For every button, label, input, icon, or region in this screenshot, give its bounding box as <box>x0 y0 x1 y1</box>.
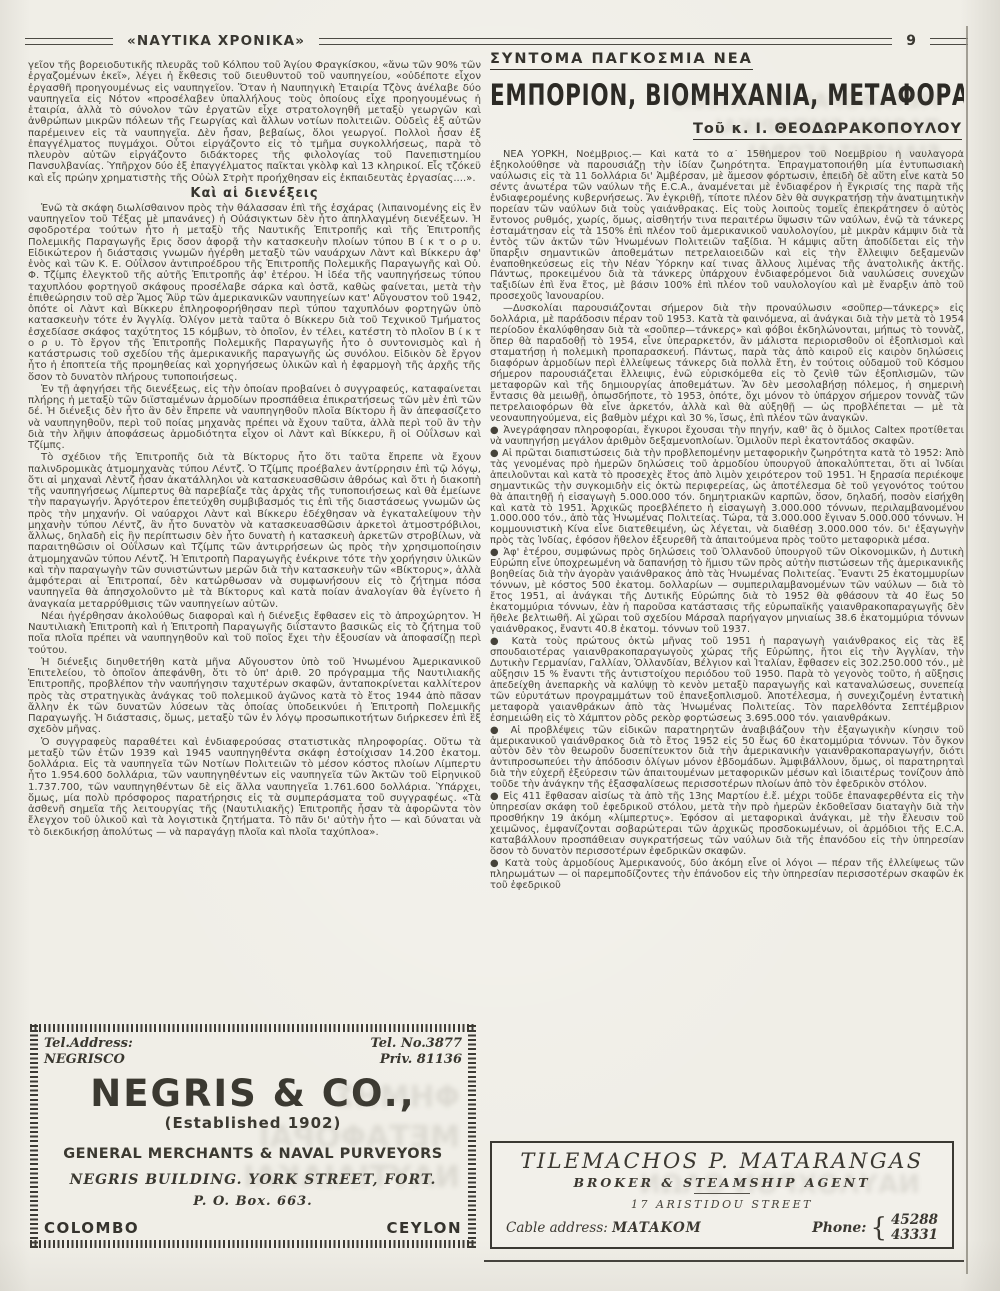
phone-numbers: 45288 43331 <box>891 1213 938 1243</box>
article-byline: Τοῦ κ. Ι. ΘΕΟΔΩΡΑΚΟΠΟΥΛΟΥ <box>693 121 962 140</box>
section-subheading: Καὶ αἱ διενέξεις <box>28 186 481 201</box>
body-paragraph: Ὁ συγγραφεὺς παραθέτει καὶ ἐνδιαφερούσας… <box>28 737 481 838</box>
body-paragraph: γεῖον τῆς βορειοδυτικῆς πλευρᾶς τοῦ Κόλπ… <box>28 60 481 184</box>
page-number: 9 <box>900 33 922 49</box>
body-paragraph: Νέαι ἠγέρθησαν ἀκολούθως διαφοραὶ καὶ ἡ … <box>28 611 481 656</box>
body-paragraph: Τὸ σχέδιον τῆς Ἐπιτροπῆς διὰ τὰ Βίκτορυς… <box>28 452 481 610</box>
matarangas-divider <box>694 1193 750 1194</box>
page-header: «ΝΑΥΤΙΚΑ ΧΡΟΝΙΚΑ» 9 <box>25 33 968 49</box>
negris-company-name: NEGRIS & CO., <box>44 1076 462 1112</box>
right-column: ΣΥΝΤΟΜΑ ΠΑΓΚΟΣΜΙΑ ΝΕΑ ΕΜΠΟΡΙΟΝ, ΒΙΟΜΗΧΑΝ… <box>490 48 964 1136</box>
body-paragraph: Ἡ διένεξις διηυθετήθη κατὰ μῆνα Αὔγουστο… <box>28 657 481 736</box>
left-column: γεῖον τῆς βορειοδυτικῆς πλευρᾶς τοῦ Κόλπ… <box>28 60 481 1018</box>
header-rule-left <box>25 38 113 45</box>
cable-label: Cable address: <box>506 1220 608 1236</box>
phone-brace-glyph: { <box>870 1215 887 1241</box>
negris-tagline: GENERAL MERCHANTS & NAVAL PURVEYORS <box>44 1146 462 1162</box>
body-paragraph: ΝΕΑ ΥΟΡΚΗ, Νοέμβριος.— Καὶ κατὰ τὸ α΄ 15… <box>490 150 964 303</box>
article-body: ΝΕΑ ΥΟΡΚΗ, Νοέμβριος.— Καὶ κατὰ τὸ α΄ 15… <box>490 150 964 893</box>
right-column-bottom-rule <box>484 1260 964 1262</box>
body-paragraph: ● Κατὰ τοὺς πρώτους ὀκτὼ μῆνας τοῦ 1951 … <box>490 637 964 725</box>
page-edge-scan-line <box>966 26 968 1274</box>
negris-city: COLOMBO <box>44 1219 139 1237</box>
tel-private-number: Priv. 81136 <box>371 1052 462 1068</box>
cable-value: MATAKOM <box>612 1220 702 1236</box>
tel-address-value: NEGRISCO <box>44 1052 133 1068</box>
body-paragraph: ● Αἱ πρῶται διαπιστώσεις διὰ τὴν προβλεπ… <box>490 449 964 548</box>
negris-tel-address: Tel.Address: NEGRISCO <box>44 1036 133 1068</box>
matarangas-name: TILEMACHOS P. MATARANGAS <box>492 1149 952 1173</box>
matarangas-cable: Cable address: MATAKOM <box>506 1220 702 1236</box>
header-rule-right <box>930 38 968 45</box>
body-paragraph: ● Εἰς 411 ἔφθασαν αἰσίως τὰ ἀπὸ τῆς 13ης… <box>490 792 964 858</box>
matarangas-role: BROKER & STEAMSHIP AGENT <box>492 1175 952 1190</box>
body-paragraph: ● Αἱ προβλέψεις τῶν εἰδικῶν παρατηρητῶν … <box>490 726 964 792</box>
section-kicker: ΣΥΝΤΟΜΑ ΠΑΓΚΟΣΜΙΑ ΝΕΑ <box>490 51 753 70</box>
body-paragraph: Ἐνῶ τὰ σκάφη διωλίσθαινον πρὸς τὴν θάλασ… <box>28 203 481 383</box>
negris-cities-row: COLOMBO CEYLON <box>44 1219 462 1237</box>
negris-advertisement: Tel.Address: NEGRISCO Tel. No.3877 Priv.… <box>30 1024 476 1248</box>
phone-number-2: 43331 <box>891 1228 938 1243</box>
byline-row: Τοῦ κ. Ι. ΘΕΟΔΩΡΑΚΟΠΟΥΛΟΥ <box>490 118 962 140</box>
body-paragraph: —Δυσκολίαι παρουσιάζονται σήμερον διὰ τὴ… <box>490 304 964 424</box>
matarangas-contact-row: Cable address: MATAKOM Phone: { 45288 43… <box>492 1211 952 1243</box>
ad-border-bottom <box>30 1240 476 1248</box>
tel-number: Tel. No.3877 <box>371 1036 462 1052</box>
negris-country: CEYLON <box>387 1219 462 1237</box>
ad-border-right <box>468 1024 476 1248</box>
body-paragraph: Ἐν τῇ ἀφηγήσει τῆς διενέξεως, εἰς τὴν ὁπ… <box>28 384 481 452</box>
masthead-title: «ΝΑΥΤΙΚΑ ΧΡΟΝΙΚΑ» <box>121 33 311 49</box>
negris-established: (Established 1902) <box>44 1114 462 1132</box>
negris-tel-numbers: Tel. No.3877 Priv. 81136 <box>371 1036 462 1068</box>
body-paragraph: ● Ἀνεγράφησαν πληροφορίαι, ἔγκυροι ἔχουσ… <box>490 426 964 448</box>
body-paragraph: ● Ἀφ' ἑτέρου, συμφώνως πρὸς δηλώσεις τοῦ… <box>490 548 964 636</box>
ad-border-left <box>30 1024 38 1248</box>
article-headline: ΕΜΠΟΡΙΟΝ, ΒΙΟΜΗΧΑΝΙΑ, ΜΕΤΑΦΟΡΑΙ <box>490 78 841 112</box>
scanned-newspaper-page: «ΝΑΥΤΙΚΑ ΧΡΟΝΙΚΑ» 9 γεῖον τῆς βορειοδυτι… <box>0 0 1000 1291</box>
negris-contact-row: Tel.Address: NEGRISCO Tel. No.3877 Priv.… <box>44 1036 462 1068</box>
matarangas-phone: Phone: { 45288 43331 <box>812 1213 938 1243</box>
tel-address-label: Tel.Address: <box>44 1036 133 1052</box>
phone-label: Phone: <box>812 1220 866 1236</box>
negris-ad-content: Tel.Address: NEGRISCO Tel. No.3877 Priv.… <box>44 1036 462 1236</box>
matarangas-street: 17 ARISTIDOU STREET <box>492 1198 952 1211</box>
header-rule-center <box>319 38 892 45</box>
negris-address-line1: NEGRIS BUILDING. YORK STREET, FORT. <box>44 1172 462 1188</box>
matarangas-advertisement: TILEMACHOS P. MATARANGAS BROKER & STEAMS… <box>490 1141 954 1249</box>
ad-border-top <box>30 1024 476 1032</box>
body-paragraph: ● Κατὰ τοὺς ἁρμοδίους Ἀμερικανούς, δύο ἀ… <box>490 859 964 892</box>
negris-address-line2: P. O. Box. 663. <box>44 1194 462 1209</box>
phone-number-1: 45288 <box>891 1213 938 1228</box>
